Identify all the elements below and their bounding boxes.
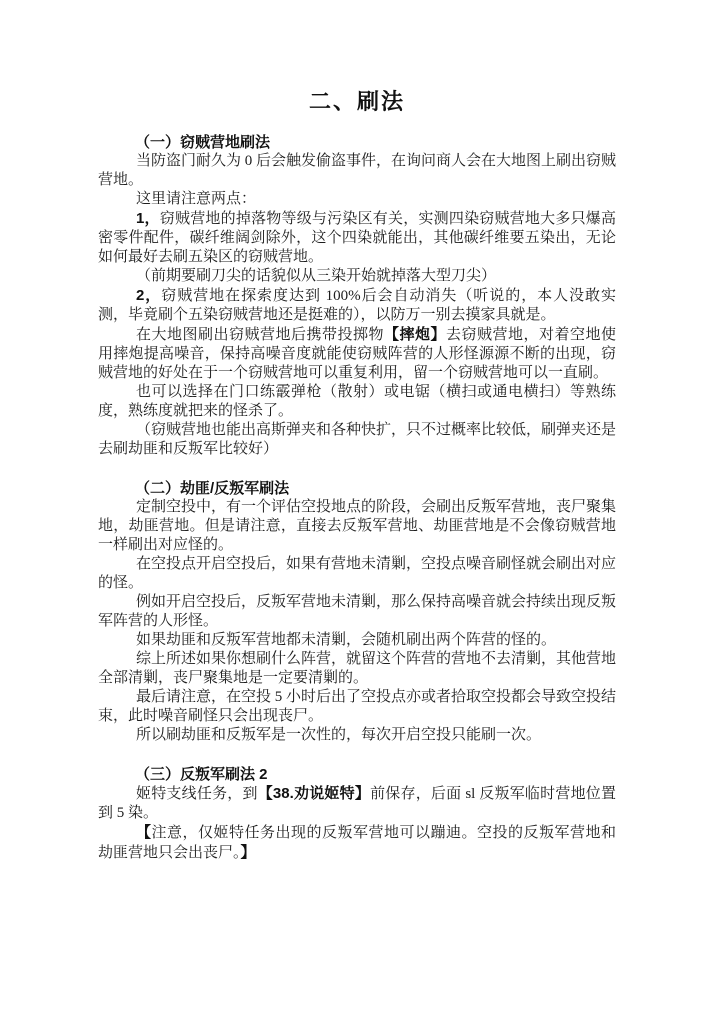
paragraph: 在空投点开启空投后，如果有营地未清剿，空投点噪音刷怪就会刷出对应的怪。 xyxy=(98,555,616,593)
section-rebel-2: （三）反叛军刷法 2 姬特支线任务，到【38.劝说姬特】前保存，后面 sl 反叛… xyxy=(98,765,616,863)
paragraph: 综上所述如果你想刷什么阵营，就留这个阵营的营地不去清剿，其他营地全部清剿，丧尸聚… xyxy=(98,650,616,688)
section-1-heading: （一）窃贼营地刷法 xyxy=(98,133,616,152)
paragraph: 姬特支线任务，到【38.劝说姬特】前保存，后面 sl 反叛军临时营地位置到 5 … xyxy=(98,784,616,823)
section-3-heading: （三）反叛军刷法 2 xyxy=(98,765,616,784)
section-thief-camp: （一）窃贼营地刷法 当防盗门耐久为 0 后会触发偷盗事件，在询问商人会在大地图上… xyxy=(98,133,616,459)
bracket-open: 【 xyxy=(136,824,152,841)
paragraph: 如果劫匪和反叛军营地都未清剿，会随机刷出两个阵营的怪的。 xyxy=(98,631,616,650)
paragraph: 1，窃贼营地的掉落物等级与污染区有关，实测四染窃贼营地大多只爆高密零件配件，碳纤… xyxy=(98,209,616,267)
list-number: 2， xyxy=(136,287,161,304)
paragraph: 所以刷劫匪和反叛军是一次性的，每次开启空投只能刷一次。 xyxy=(98,726,616,745)
paragraph-text: 窃贼营地的掉落物等级与污染区有关，实测四染窃贼营地大多只爆高密零件配件，碳纤维阔… xyxy=(98,211,616,265)
paragraph: 在大地图刷出窃贼营地后携带投掷物【摔炮】去窃贼营地，对着空地使用摔炮提高噪音，保… xyxy=(98,325,616,383)
paragraph-text: 注意，仅姬特任务出现的反叛军营地可以蹦迪。空投的反叛军营地和劫匪营地只会出丧尸。 xyxy=(98,825,616,861)
paragraph: 2，窃贼营地在探索度达到 100%后会自动消失（听说的，本人没敢实测，毕竟刷个五… xyxy=(98,286,616,325)
paragraph: 也可以选择在门口练霰弹枪（散射）或电锯（横扫或通电横扫）等熟练度，熟练度就把来的… xyxy=(98,383,616,421)
quest-highlight: 【38.劝说姬特】 xyxy=(258,785,370,802)
paragraph: （窃贼营地也能出高斯弹夹和各种快扩，只不过概率比较低，刷弹夹还是去刷劫匪和反叛军… xyxy=(98,421,616,459)
item-highlight: 【摔炮】 xyxy=(384,326,446,343)
paragraph: 这里请注意两点： xyxy=(98,190,616,209)
paragraph: 最后请注意，在空投 5 小时后出了空投点亦或者拾取空投都会导致空投结束，此时噪音… xyxy=(98,688,616,726)
paragraph: 定制空投中，有一个评估空投地点的阶段，会刷出反叛军营地，丧尸聚集地，劫匪营地。但… xyxy=(98,498,616,555)
paragraph: 【注意，仅姬特任务出现的反叛军营地可以蹦迪。空投的反叛军营地和劫匪营地只会出丧尸… xyxy=(98,823,616,863)
section-bandit-rebel: （二）劫匪/反叛军刷法 定制空投中，有一个评估空投地点的阶段，会刷出反叛军营地，… xyxy=(98,479,616,745)
paragraph-text: 窃贼营地在探索度达到 100%后会自动消失（听说的，本人没敢实测，毕竟刷个五染窃… xyxy=(98,288,616,323)
list-number: 1， xyxy=(136,210,160,227)
paragraph: （前期要刷刀尖的话貌似从三染开始就掉落大型刀尖） xyxy=(98,267,616,286)
paragraph-text: 姬特支线任务，到 xyxy=(136,786,258,802)
paragraph: 当防盗门耐久为 0 后会触发偷盗事件，在询问商人会在大地图上刷出窃贼营地。 xyxy=(98,152,616,190)
document-title: 二、刷法 xyxy=(98,88,616,116)
paragraph-text: 在大地图刷出窃贼营地后携带投掷物 xyxy=(136,327,384,343)
paragraph: 例如开启空投后，反叛军营地未清剿，那么保持高噪音就会持续出现反叛军阵营的人形怪。 xyxy=(98,593,616,631)
bracket-close: 】 xyxy=(241,844,256,861)
document-page: 二、刷法 （一）窃贼营地刷法 当防盗门耐久为 0 后会触发偷盗事件，在询问商人会… xyxy=(0,0,720,1018)
section-2-heading: （二）劫匪/反叛军刷法 xyxy=(98,479,616,498)
